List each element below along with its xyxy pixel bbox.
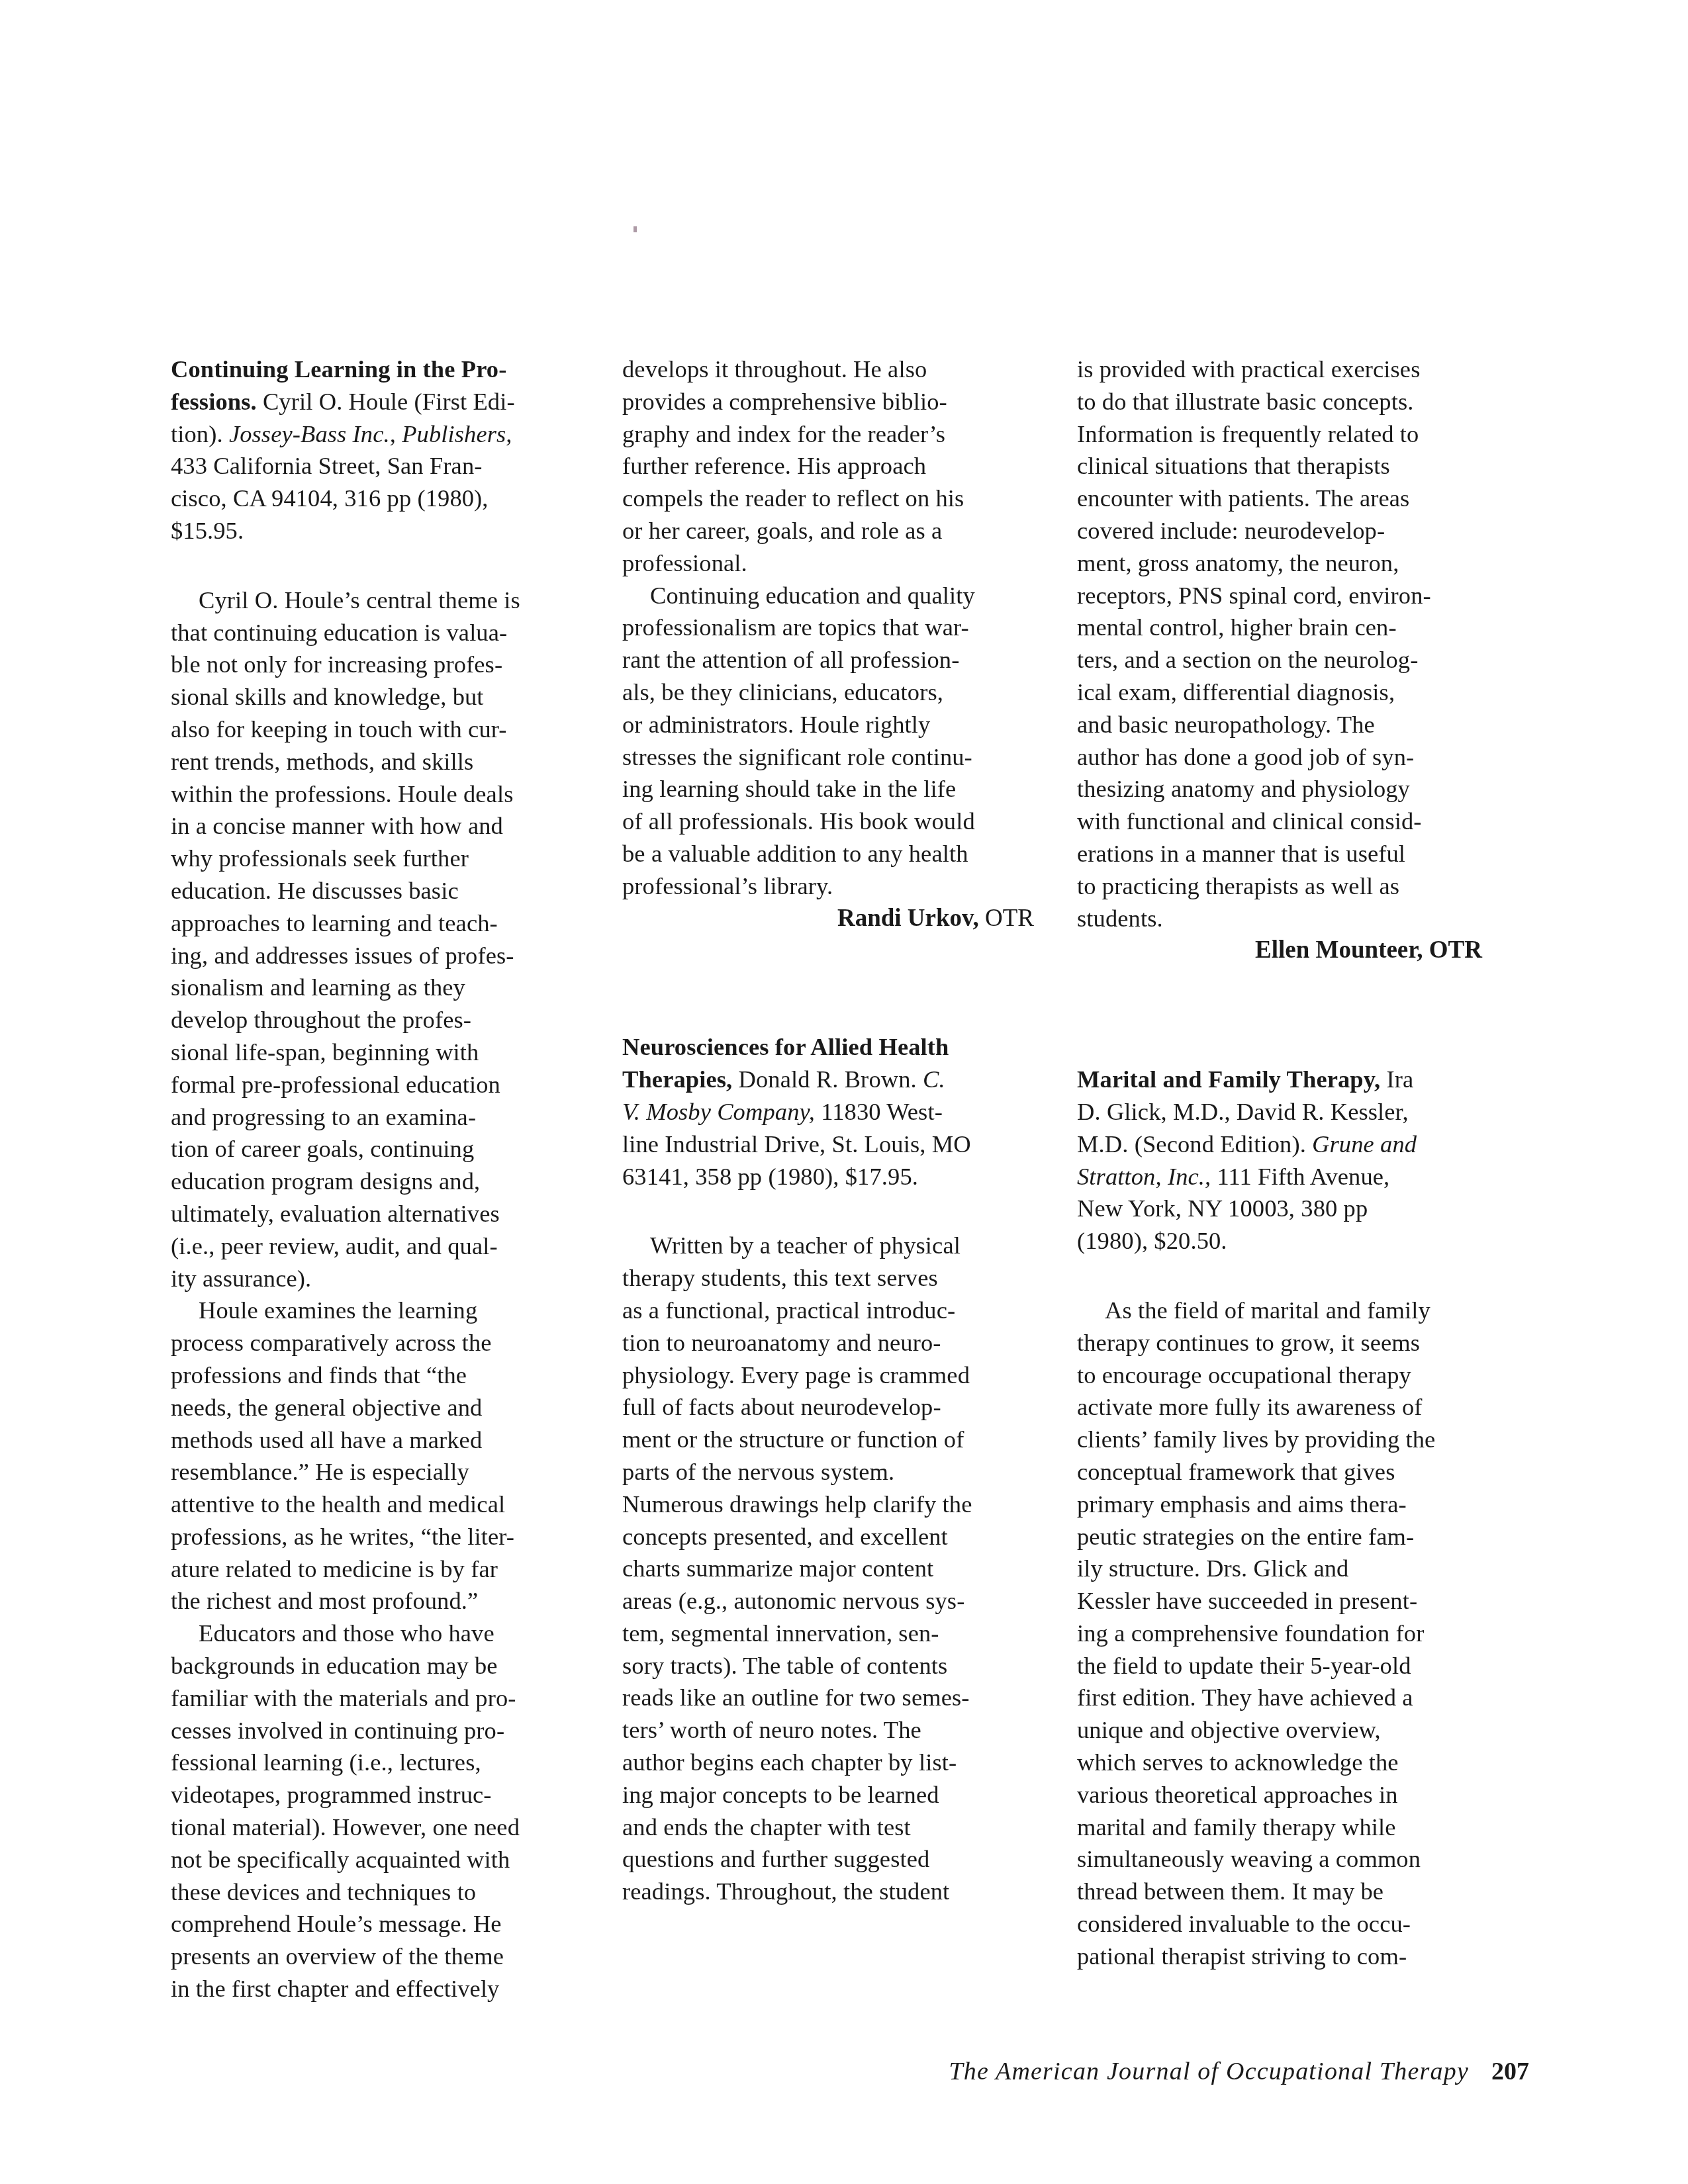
body-line: develop throughout the profes- [171, 1004, 608, 1036]
body-line: mental control, higher brain cen- [1077, 612, 1514, 644]
body-line: not be specifically acquainted with [171, 1844, 608, 1876]
body-line: parts of the nervous system. [622, 1456, 1059, 1488]
body-line: author has done a good job of syn- [1077, 741, 1514, 774]
review-3-body: As the field of marital and family thera… [1077, 1295, 1514, 1973]
column-1: Continuing Learning in the Pro- fessions… [171, 353, 608, 2005]
body-line: ment or the structure or function of [622, 1424, 1059, 1456]
body-line: in the first chapter and effectively [171, 1973, 608, 2005]
body-line: in a concise manner with how and [171, 810, 608, 842]
spacer [171, 547, 608, 584]
body-line: primary emphasis and aims thera- [1077, 1488, 1514, 1521]
body-line: first edition. They have achieved a [1077, 1682, 1514, 1714]
review-1-body: Cyril O. Houle’s central theme is that c… [171, 584, 608, 2005]
body-line: and progressing to an examina- [171, 1101, 608, 1134]
body-line: erations in a manner that is useful [1077, 838, 1514, 870]
body-line: professions and finds that “the [171, 1359, 608, 1392]
body-line: sional life-span, beginning with [171, 1036, 608, 1069]
body-line: tional material). However, one need [171, 1811, 608, 1844]
body-line: simultaneously weaving a common [1077, 1843, 1514, 1876]
citation-line: 433 California Street, San Fran- [171, 450, 608, 482]
body-line: Information is frequently related to [1077, 418, 1514, 451]
body-line: questions and further suggested [622, 1843, 1059, 1876]
body-line: sionalism and learning as they [171, 972, 608, 1004]
body-line: encounter with patients. The areas [1077, 482, 1514, 515]
body-line: thesizing anatomy and physiology [1077, 773, 1514, 805]
citation-line: Neurosciences for Allied Health [622, 1031, 1059, 1064]
body-line: Cyril O. Houle’s central theme is [171, 584, 608, 617]
body-line: formal pre-professional education [171, 1069, 608, 1101]
body-line: or administrators. Houle rightly [622, 709, 1059, 741]
body-line: clinical situations that therapists [1077, 450, 1514, 482]
citation-line: fessions. Cyril O. Houle (First Edi- [171, 386, 608, 418]
body-line: charts summarize major content [622, 1553, 1059, 1585]
body-line: which serves to acknowledge the [1077, 1747, 1514, 1779]
journal-page: Continuing Learning in the Pro- fessions… [0, 0, 1688, 2184]
review-1-body-continued: develops it throughout. He also provides… [622, 353, 1059, 934]
body-line: conceptual framework that gives [1077, 1456, 1514, 1488]
publisher-name: Grune and [1312, 1130, 1417, 1158]
body-line: tion to neuroanatomy and neuro- [622, 1327, 1059, 1359]
body-line: is provided with practical exercises [1077, 353, 1514, 386]
citation-line: Marital and Family Therapy, Ira [1077, 1064, 1514, 1096]
body-line: sory tracts). The table of contents [622, 1650, 1059, 1682]
spacer [622, 934, 1059, 1031]
citation-line: M.D. (Second Edition). Grune and [1077, 1128, 1514, 1161]
citation-line: cisco, CA 94104, 316 pp (1980), [171, 482, 608, 515]
body-line: attentive to the health and medical [171, 1488, 608, 1521]
body-line: als, be they clinicians, educators, [622, 676, 1059, 709]
column-3: is provided with practical exercises to … [1077, 353, 1514, 1973]
body-line: students. [1077, 903, 1514, 935]
body-line: and basic neuropathology. The [1077, 709, 1514, 741]
body-line: develops it throughout. He also [622, 353, 1059, 386]
body-line: professions, as he writes, “the liter- [171, 1521, 608, 1553]
body-line: why professionals seek further [171, 842, 608, 875]
body-line: concepts presented, and excellent [622, 1521, 1059, 1553]
body-line: resemblance.” He is especially [171, 1456, 608, 1488]
body-line: Educators and those who have [171, 1617, 608, 1650]
citation-line: New York, NY 10003, 380 pp [1077, 1193, 1514, 1225]
body-line: or her career, goals, and role as a [622, 515, 1059, 547]
body-line: various theoretical approaches in [1077, 1779, 1514, 1811]
body-line: ing, and addresses issues of profes- [171, 940, 608, 972]
body-line: with functional and clinical consid- [1077, 805, 1514, 838]
body-line: and ends the chapter with test [622, 1811, 1059, 1844]
body-line: professional. [622, 547, 1059, 580]
body-line: Continuing education and quality [622, 580, 1059, 612]
body-line: areas (e.g., autonomic nervous sys- [622, 1585, 1059, 1617]
body-line: peutic strategies on the entire fam- [1077, 1521, 1514, 1553]
body-line: therapy continues to grow, it seems [1077, 1327, 1514, 1359]
body-line: comprehend Houle’s message. He [171, 1908, 608, 1940]
body-line: ical exam, differential diagnosis, [1077, 676, 1514, 709]
body-line: also for keeping in touch with cur- [171, 713, 608, 746]
body-line: physiology. Every page is crammed [622, 1359, 1059, 1392]
body-line: activate more fully its awareness of [1077, 1391, 1514, 1424]
body-line: (i.e., peer review, audit, and qual- [171, 1230, 608, 1263]
review-1-citation: Continuing Learning in the Pro- fessions… [171, 353, 608, 547]
citation-line: tion). Jossey-Bass Inc., Publishers, [171, 418, 608, 451]
publisher-name: Jossey-Bass Inc., Publishers, [229, 420, 512, 447]
citation-line: (1980), $20.50. [1077, 1225, 1514, 1257]
body-line: within the professions. Houle deals [171, 778, 608, 811]
body-line: process comparatively across the [171, 1327, 608, 1359]
body-line: to practicing therapists as well as [1077, 870, 1514, 903]
body-line: familiar with the materials and pro- [171, 1682, 608, 1715]
publisher-name: V. Mosby Company, [622, 1098, 815, 1125]
citation-line: $15.95. [171, 515, 608, 547]
body-line: ity assurance). [171, 1263, 608, 1295]
body-line: ters, and a section on the neurolog- [1077, 644, 1514, 676]
citation-line: line Industrial Drive, St. Louis, MO [622, 1128, 1059, 1161]
body-line: ment, gross anatomy, the neuron, [1077, 547, 1514, 580]
body-line: education program designs and, [171, 1165, 608, 1198]
body-line: therapy students, this text serves [622, 1262, 1059, 1295]
body-line: the richest and most profound.” [171, 1585, 608, 1617]
body-line: covered include: neurodevelop- [1077, 515, 1514, 547]
body-line: fessional learning (i.e., lectures, [171, 1747, 608, 1779]
body-line: full of facts about neurodevelop- [622, 1391, 1059, 1424]
body-line: as a functional, practical introduc- [622, 1295, 1059, 1327]
citation-line: Continuing Learning in the Pro- [171, 353, 608, 386]
body-line: unique and objective overview, [1077, 1714, 1514, 1747]
scan-artifact [633, 226, 637, 232]
body-line: author begins each chapter by list- [622, 1747, 1059, 1779]
spacer [1077, 967, 1514, 1064]
body-line: thread between them. It may be [1077, 1876, 1514, 1908]
column-2: develops it throughout. He also provides… [622, 353, 1059, 1908]
body-line: provides a comprehensive biblio- [622, 386, 1059, 418]
spacer [622, 1193, 1059, 1230]
body-line: be a valuable addition to any health [622, 838, 1059, 870]
citation-line: Therapies, Donald R. Brown. C. [622, 1064, 1059, 1096]
body-line: receptors, PNS spinal cord, environ- [1077, 580, 1514, 612]
body-line: considered invaluable to the occu- [1077, 1908, 1514, 1940]
body-line: reads like an outline for two semes- [622, 1682, 1059, 1714]
body-line: these devices and techniques to [171, 1876, 608, 1909]
body-line: professionalism are topics that war- [622, 612, 1059, 644]
review-2-body: Written by a teacher of physical therapy… [622, 1230, 1059, 1908]
body-line: pational therapist striving to com- [1077, 1940, 1514, 1973]
publisher-name: Stratton, Inc., [1077, 1163, 1211, 1190]
body-line: sional skills and knowledge, but [171, 681, 608, 713]
body-line: rant the attention of all profession- [622, 644, 1059, 676]
body-line: needs, the general objective and [171, 1392, 608, 1424]
body-line: that continuing education is valua- [171, 617, 608, 649]
body-line: methods used all have a marked [171, 1424, 608, 1457]
journal-name: The American Journal of Occupational The… [949, 2058, 1469, 2085]
body-line: graphy and index for the reader’s [622, 418, 1059, 451]
body-line: tem, segmental innervation, sen- [622, 1617, 1059, 1650]
body-line: videotapes, programmed instruc- [171, 1779, 608, 1811]
body-line: ature related to medicine is by far [171, 1553, 608, 1586]
body-line: readings. Throughout, the student [622, 1876, 1059, 1908]
body-line: compels the reader to reflect on his [622, 482, 1059, 515]
body-line: further reference. His approach [622, 450, 1059, 482]
spacer [1077, 1257, 1514, 1295]
body-line: clients’ family lives by providing the [1077, 1424, 1514, 1456]
reviewer-signature: Randi Urkov, OTR [622, 903, 1059, 935]
body-line: rent trends, methods, and skills [171, 746, 608, 778]
body-line: presents an overview of the theme [171, 1940, 608, 1973]
body-line: ily structure. Drs. Glick and [1077, 1553, 1514, 1585]
body-line: tion of career goals, continuing [171, 1133, 608, 1165]
body-line: Kessler have succeeded in present- [1077, 1585, 1514, 1617]
body-line: ing learning should take in the life [622, 773, 1059, 805]
review-3-citation: Marital and Family Therapy, Ira D. Glick… [1077, 1064, 1514, 1257]
body-line: education. He discusses basic [171, 875, 608, 907]
body-line: stresses the significant role continu- [622, 741, 1059, 774]
body-line: the field to update their 5-year-old [1077, 1650, 1514, 1682]
body-line: to encourage occupational therapy [1077, 1359, 1514, 1392]
body-line: As the field of marital and family [1077, 1295, 1514, 1327]
body-line: backgrounds in education may be [171, 1650, 608, 1682]
body-line: ultimately, evaluation alternatives [171, 1198, 608, 1230]
body-line: professional’s library. [622, 870, 1059, 903]
body-line: marital and family therapy while [1077, 1811, 1514, 1844]
citation-line: Stratton, Inc., 111 Fifth Avenue, [1077, 1161, 1514, 1193]
body-line: approaches to learning and teach- [171, 907, 608, 940]
body-line: cesses involved in continuing pro- [171, 1715, 608, 1747]
reviewer-signature: Ellen Mounteer, OTR [1077, 934, 1514, 967]
body-line: ble not only for increasing profes- [171, 649, 608, 681]
body-line: to do that illustrate basic concepts. [1077, 386, 1514, 418]
body-line: Houle examines the learning [171, 1295, 608, 1327]
citation-line: 63141, 358 pp (1980), $17.95. [622, 1161, 1059, 1193]
page-number: 207 [1491, 2058, 1529, 2085]
page-footer: The American Journal of Occupational The… [854, 2052, 1529, 2091]
body-line: Written by a teacher of physical [622, 1230, 1059, 1262]
citation-line: D. Glick, M.D., David R. Kessler, [1077, 1096, 1514, 1128]
body-line: Numerous drawings help clarify the [622, 1488, 1059, 1521]
body-line: ing major concepts to be learned [622, 1779, 1059, 1811]
citation-line: V. Mosby Company, 11830 West- [622, 1096, 1059, 1128]
body-line: of all professionals. His book would [622, 805, 1059, 838]
review-2-citation: Neurosciences for Allied Health Therapie… [622, 1031, 1059, 1193]
review-2-body-continued: is provided with practical exercises to … [1077, 353, 1514, 967]
body-line: ters’ worth of neuro notes. The [622, 1714, 1059, 1747]
body-line: ing a comprehensive foundation for [1077, 1617, 1514, 1650]
